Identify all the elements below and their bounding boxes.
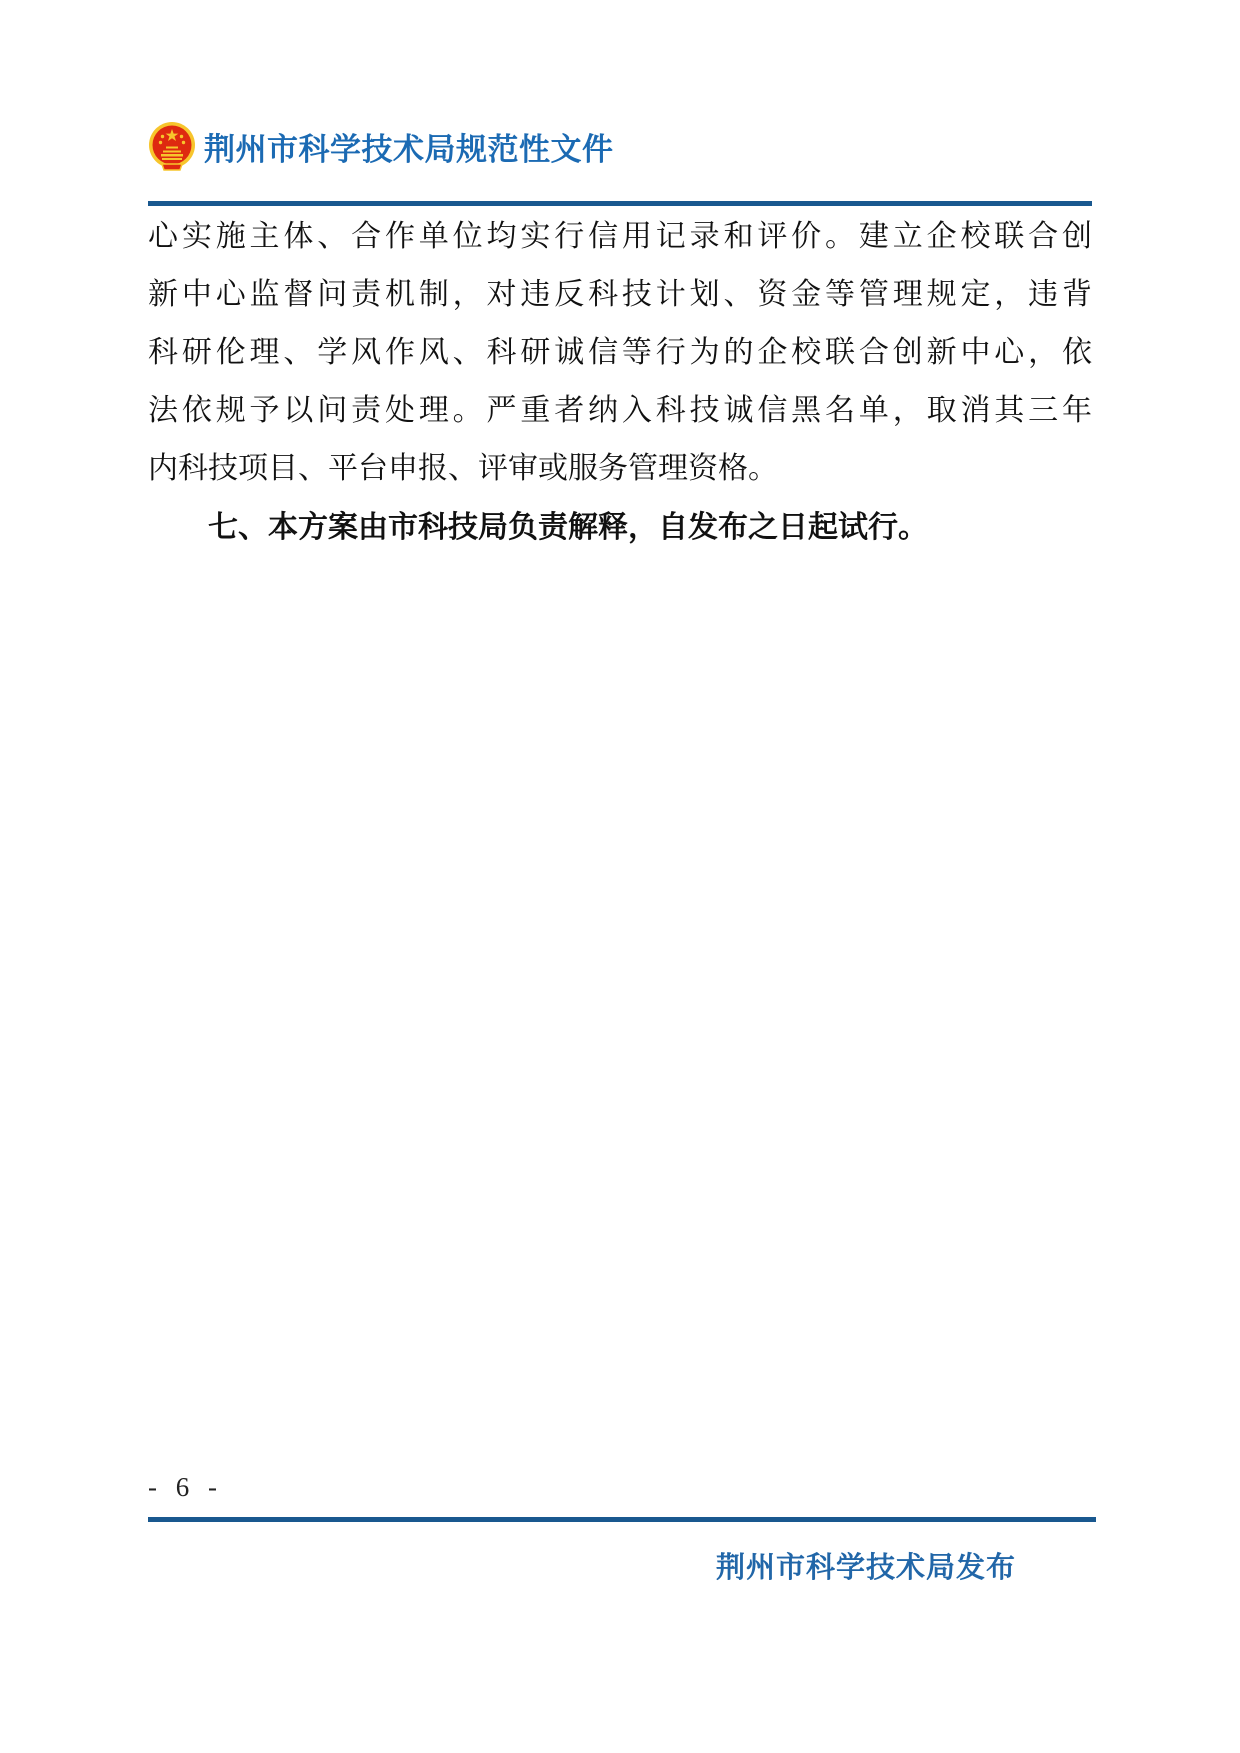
document-page: 荆州市科学技术局规范性文件 心实施主体、合作单位均实行信用记录和评价。建立企校联… (0, 0, 1240, 1753)
closing-clause: 七、本方案由市科技局负责解释，自发布之日起试行。 (148, 498, 1092, 558)
header-rule (148, 201, 1092, 206)
document-header: 荆州市科学技术局规范性文件 (148, 118, 1092, 174)
china-national-emblem-icon (148, 121, 196, 171)
body-text: 心实施主体、合作单位均实行信用记录和评价。建立企校联合创 新中心监督问责机制，对… (148, 208, 1092, 558)
footer-rule (148, 1517, 1096, 1522)
body-line: 科研伦理、学风作风、科研诚信等行为的企校联合创新中心，依 (148, 324, 1092, 382)
body-line: 新中心监督问责机制，对违反科技计划、资金等管理规定，违背 (148, 266, 1092, 324)
page-number: - 6 - (148, 1472, 223, 1503)
body-line: 心实施主体、合作单位均实行信用记录和评价。建立企校联合创 (148, 208, 1092, 266)
body-line: 内科技项目、平台申报、评审或服务管理资格。 (148, 440, 1092, 498)
body-line: 法依规予以问责处理。严重者纳入科技诚信黑名单，取消其三年 (148, 382, 1092, 440)
publisher-label: 荆州市科学技术局发布 (148, 1545, 1016, 1586)
header-title: 荆州市科学技术局规范性文件 (204, 124, 614, 169)
